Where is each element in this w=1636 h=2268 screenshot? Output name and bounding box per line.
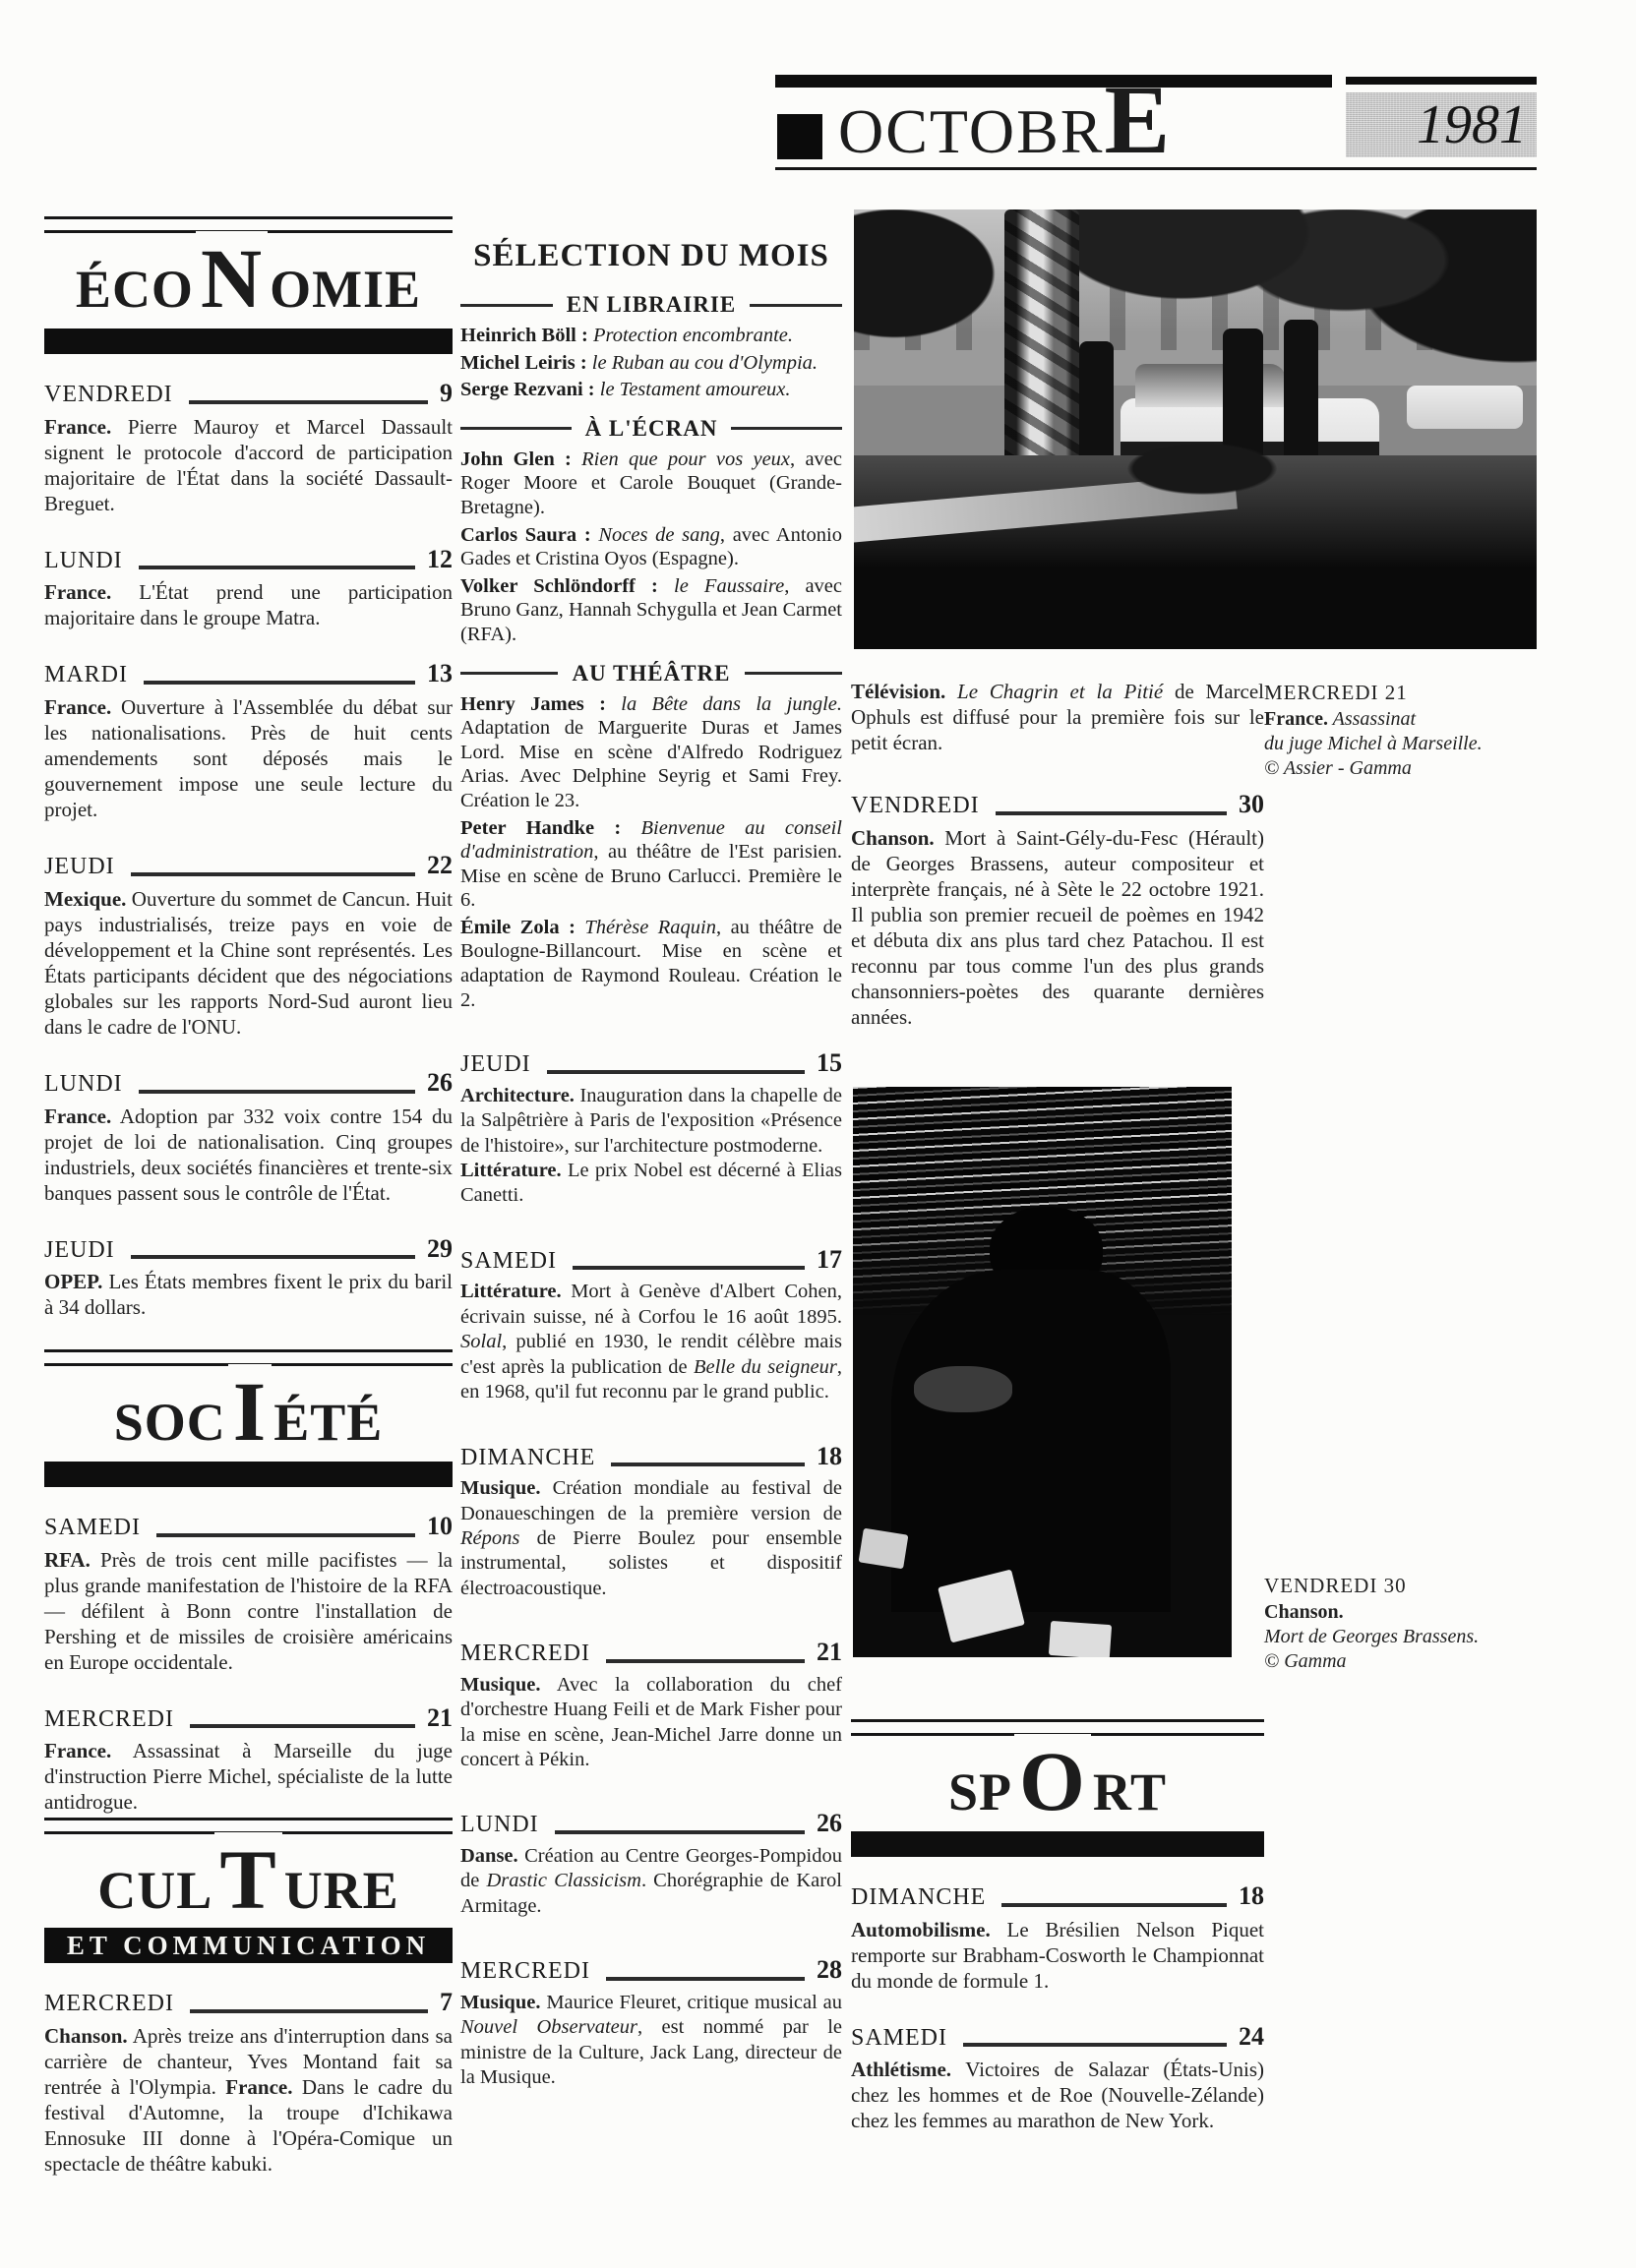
entry-rule [144,681,415,685]
photo1-parked-car [1407,386,1523,430]
entry-rule [139,1090,415,1094]
entry-day: MERCREDI [460,1958,590,1984]
theatre-item: Émile Zola : Thérèse Raquin, au théâtre … [460,916,842,1012]
film-item: John Glen : Rien que pour vos yeux, avec… [460,448,842,520]
entry-day: VENDREDI [44,382,173,407]
black-bar [44,1462,453,1487]
entry-number: 24 [1239,2023,1264,2052]
black-bar [44,328,453,354]
entry-rule [611,1462,805,1466]
black-bar [851,1831,1264,1857]
entry-samedi-17: SAMEDI17 Littérature. Mort à Genève d'Al… [460,1246,842,1405]
entry-jeudi-29: JEUDI29 OPEP. Les États membres fixent l… [44,1235,453,1321]
entry-day: MARDI [44,662,128,687]
entry-number: 10 [427,1513,453,1541]
entry-day: SAMEDI [460,1248,557,1274]
entry-number: 13 [427,660,453,688]
column-selection: SÉLECTION DU MOIS EN LIBRAIRIE Heinrich … [460,238,842,2090]
entry-rule [189,400,428,404]
entry-text: Musique. Création mondiale au festival d… [460,1476,842,1601]
caption-photo1: MERCREDI 21 France. Assassinatdu juge Mi… [1264,679,1538,780]
photo2-arm [914,1366,1012,1411]
column-left: ÉCONOMIE VENDREDI9 France. Pierre Mauroy… [44,0,453,2268]
television-note: Télévision. Le Chagrin et la Pitié de Ma… [851,679,1264,755]
entry-number: 21 [427,1704,453,1733]
entry-rule [131,872,415,876]
entry-number: 22 [427,852,453,880]
entry-day: JEUDI [44,854,115,879]
entry-number: 26 [427,1069,453,1098]
entry-text: Automobilisme. Le Brésilien Nelson Pique… [851,1917,1264,1994]
entry-rule [190,1724,415,1728]
culture-header: CULTURE ET COMMUNICATION [44,1798,453,1963]
photo2-silhouette-body [891,1270,1172,1612]
entry-number: 17 [817,1246,842,1275]
entry-vendredi-9: VENDREDI9 France. Pierre Mauroy et Marce… [44,380,453,516]
group-librairie: EN LIBRAIRIE Heinrich Böll : Protection … [460,292,842,402]
section-sport: SPORT DIMANCHE18 Automobilisme. Le Brési… [851,1700,1264,2163]
caption-text: Chanson.Mort de Georges Brassens.© Gamma [1264,1600,1538,1673]
entry-day: LUNDI [460,1812,539,1837]
entry-rule [555,1830,805,1834]
entry-rule [606,1977,805,1981]
entry-text: Danse. Création au Centre Georges-Pompid… [460,1844,842,1919]
entry-day: LUNDI [44,1071,123,1097]
entry-number: 12 [427,546,453,574]
entry-day: MERCREDI [460,1641,590,1666]
book-item: Heinrich Böll : Protection encombrante. [460,324,842,348]
entry-number: 29 [427,1235,453,1264]
entry-text: Chanson. Après treize ans d'interruption… [44,2023,453,2177]
societe-title: SOCIÉTÉ [44,1330,453,1454]
entry-text: Architecture. Inauguration dans la chape… [460,1084,842,1209]
entry-rule [963,2043,1227,2047]
entry-rule [156,1533,415,1537]
entry-day: VENDREDI [851,793,980,818]
entry-day: DIMANCHE [851,1884,986,1910]
tv-block: Télévision. Le Chagrin et la Pitié de Ma… [851,679,1264,1059]
section-culture: CULTURE ET COMMUNICATION MERCREDI7 Chans… [44,1798,453,2206]
entry-text: Musique. Maurice Fleuret, critique music… [460,1991,842,2091]
entry-text: OPEP. Les États membres fixent le prix d… [44,1269,453,1320]
book-item: Michel Leiris : le Ruban au cou d'Olympi… [460,351,842,376]
entry-number: 9 [440,380,453,408]
entry-jeudi-22: JEUDI22 Mexique. Ouverture du sommet de … [44,852,453,1040]
subhead-ecran: À L'ÉCRAN [460,416,842,442]
entry-day: SAMEDI [44,1515,141,1540]
entry-number: 21 [817,1639,842,1667]
entry-number: 30 [1239,791,1264,819]
entry-rule [139,566,415,569]
header-bar-right [1346,77,1537,85]
photo2-rock [1049,1621,1112,1657]
entry-rule [606,1659,805,1663]
entry-vendredi-30: VENDREDI30 Chanson. Mort à Saint-Gély-du… [851,791,1264,1030]
film-item: Volker Schlöndorff : le Faussaire, avec … [460,574,842,647]
caption-day: VENDREDI 30 [1264,1572,1538,1600]
magazine-page: OCTOBRE 1981 ÉCONOMIE VENDREDI9 France. … [0,0,1636,2268]
entry-number: 18 [817,1443,842,1471]
entry-lundi-26: LUNDI26 France. Adoption par 332 voix co… [44,1069,453,1206]
section-economie: ÉCONOMIE VENDREDI9 France. Pierre Mauroy… [44,197,453,1349]
entry-day: MERCREDI [44,1706,174,1732]
entry-mercredi-28: MERCREDI28 Musique. Maurice Fleuret, cri… [460,1956,842,2090]
entry-mardi-13: MARDI13 France. Ouverture à l'Assemblée … [44,660,453,822]
entry-rule [996,811,1227,815]
sport-title: SPORT [851,1700,1264,1823]
entry-text: France. Ouverture à l'Assemblée du débat… [44,694,453,822]
year-box: 1981 [1346,92,1537,157]
photo2-rock [858,1528,908,1570]
entry-text: France. Adoption par 332 voix contre 154… [44,1104,453,1206]
entry-day: LUNDI [44,548,123,573]
entry-rule [573,1266,805,1270]
entry-text: Chanson. Mort à Saint-Gély-du-Fesc (Héra… [851,825,1264,1030]
book-item: Serge Rezvani : le Testament amoureux. [460,378,842,402]
entry-text: Athlétisme. Victoires de Salazar (États-… [851,2057,1264,2133]
entry-number: 26 [817,1810,842,1838]
entry-text: Littérature. Mort à Genève d'Albert Cohe… [460,1280,842,1404]
entry-mercredi-7: MERCREDI7 Chanson. Après treize ans d'in… [44,1989,453,2177]
theatre-item: Peter Handke : Bienvenue au conseil d'ad… [460,816,842,913]
caption-text: France. Assassinatdu juge Michel à Marse… [1264,707,1538,780]
entry-rule [190,2009,428,2013]
economie-header: ÉCONOMIE [44,197,453,354]
societe-header: SOCIÉTÉ [44,1330,453,1487]
entry-day: DIMANCHE [460,1445,595,1470]
entry-text: Mexique. Ouverture du sommet de Cancun. … [44,886,453,1040]
entry-text: Musique. Avec la collaboration du chef d… [460,1673,842,1773]
entry-dimanche-18: DIMANCHE18 Musique. Création mondiale au… [460,1443,842,1602]
entry-day: SAMEDI [851,2025,947,2051]
entry-rule [131,1255,415,1259]
entry-lundi-12: LUNDI12 France. L'État prend une partici… [44,546,453,631]
caption-photo2: VENDREDI 30 Chanson.Mort de Georges Bras… [1264,1572,1538,1673]
subhead-librairie: EN LIBRAIRIE [460,292,842,318]
entry-number: 18 [1239,1882,1264,1911]
section-societe: SOCIÉTÉ SAMEDI10 RFA. Près de trois cent… [44,1330,453,1844]
group-ecran: À L'ÉCRAN John Glen : Rien que pour vos … [460,416,842,647]
entry-dimanche-18-auto: DIMANCHE18 Automobilisme. Le Brésilien N… [851,1882,1264,1994]
entry-jeudi-15: JEUDI15 Architecture. Inauguration dans … [460,1049,842,1209]
entry-day: JEUDI [460,1051,531,1077]
entry-mercredi-21-musique: MERCREDI21 Musique. Avec la collaboratio… [460,1639,842,1772]
economie-title: ÉCONOMIE [44,197,453,321]
entry-samedi-10: SAMEDI10 RFA. Près de trois cent mille p… [44,1513,453,1675]
film-item: Carlos Saura : Noces de sang, avec Anton… [460,523,842,571]
group-theatre: AU THÉÂTRE Henry James : la Bête dans la… [460,661,842,1013]
selection-title: SÉLECTION DU MOIS [460,238,842,274]
sport-header: SPORT [851,1700,1264,1857]
photo-brassens-sea [853,1087,1232,1657]
year-label: 1981 [1417,94,1537,155]
culture-subtitle-bar: ET COMMUNICATION [44,1928,453,1963]
entry-number: 28 [817,1956,842,1985]
entry-number: 7 [440,1989,453,2017]
entry-text: RFA. Près de trois cent mille pacifistes… [44,1547,453,1675]
entry-rule [547,1070,805,1074]
entry-day: JEUDI [44,1237,115,1263]
culture-title: CULTURE [44,1798,453,1922]
caption-day: MERCREDI 21 [1264,679,1538,707]
entry-text: France. L'État prend une participation m… [44,579,453,630]
subhead-theatre: AU THÉÂTRE [460,661,842,686]
entry-text: France. Pierre Mauroy et Marcel Dassault… [44,414,453,516]
entry-number: 15 [817,1049,842,1078]
square-bullet-icon [777,114,822,159]
entry-lundi-26-danse: LUNDI26 Danse. Création au Centre George… [460,1810,842,1919]
entry-samedi-24: SAMEDI24 Athlétisme. Victoires de Salaza… [851,2023,1264,2134]
theatre-item: Henry James : la Bête dans la jungle. Ad… [460,692,842,813]
entry-rule [1001,1903,1227,1907]
entry-day: MERCREDI [44,1991,174,2016]
